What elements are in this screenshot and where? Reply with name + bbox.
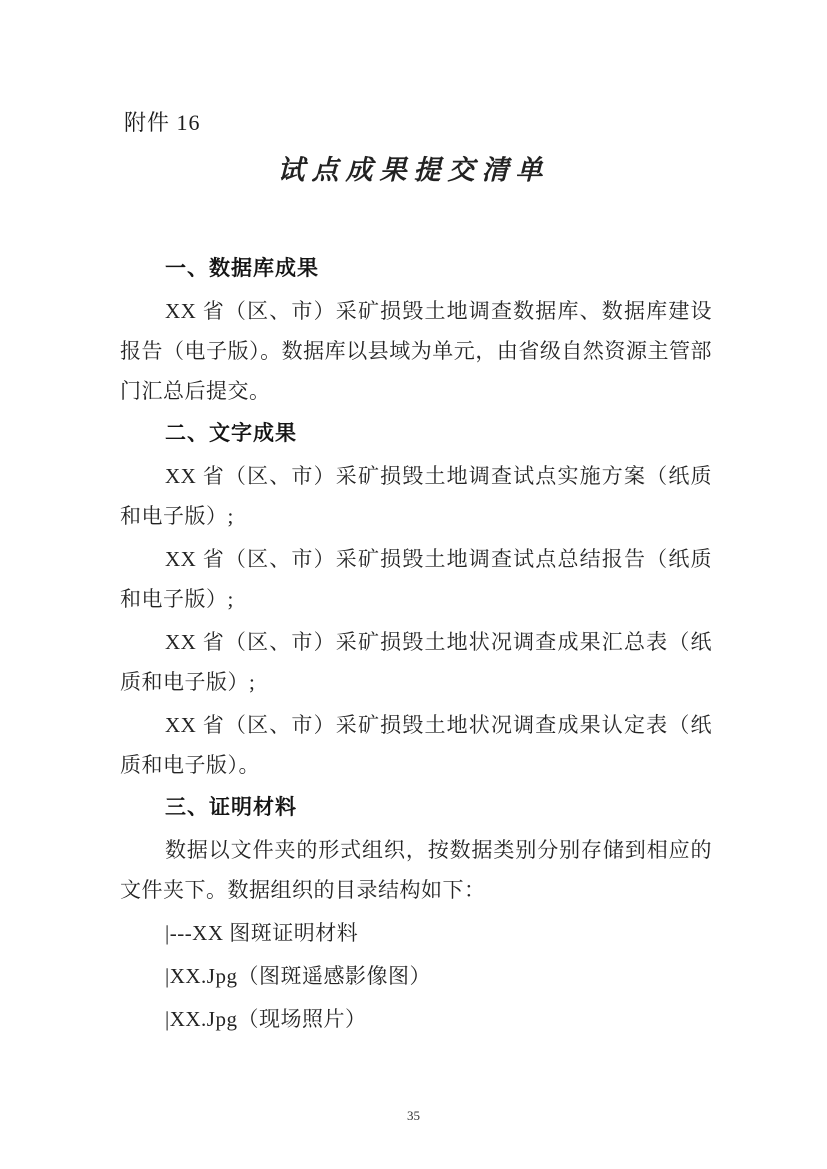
document-body: 一、数据库成果 XX 省（区、市）采矿损毁土地调查数据库、数据库建设报告（电子版… xyxy=(120,247,712,1042)
section-heading-proof-materials: 三、证明材料 xyxy=(120,788,712,828)
body-paragraph: XX 省（区、市）采矿损毁土地调查试点总结报告（纸质和电子版）; xyxy=(120,539,712,619)
attachment-number: 附件 16 xyxy=(124,106,201,137)
directory-line: |---XX 图斑证明材料 xyxy=(120,913,712,953)
directory-line: |XX.Jpg（现场照片） xyxy=(120,999,712,1039)
body-paragraph: XX 省（区、市）采矿损毁土地调查试点实施方案（纸质和电子版）; xyxy=(120,456,712,536)
body-paragraph: XX 省（区、市）采矿损毁土地调查数据库、数据库建设报告（电子版）。数据库以县域… xyxy=(120,291,712,411)
body-paragraph: XX 省（区、市）采矿损毁土地状况调查成果认定表（纸质和电子版）。 xyxy=(120,705,712,785)
body-paragraph: 数据以文件夹的形式组织，按数据类别分别存储到相应的文件夹下。数据组织的目录结构如… xyxy=(120,830,712,910)
page-number: 35 xyxy=(0,1108,827,1124)
directory-line: |XX.Jpg（图斑遥感影像图） xyxy=(120,956,712,996)
document-page: 附件 16 试点成果提交清单 一、数据库成果 XX 省（区、市）采矿损毁土地调查… xyxy=(0,0,827,1169)
section-heading-text-results: 二、文字成果 xyxy=(120,414,712,454)
document-title: 试点成果提交清单 xyxy=(0,148,827,187)
section-heading-database-results: 一、数据库成果 xyxy=(120,249,712,289)
body-paragraph: XX 省（区、市）采矿损毁土地状况调查成果汇总表（纸质和电子版）; xyxy=(120,622,712,702)
